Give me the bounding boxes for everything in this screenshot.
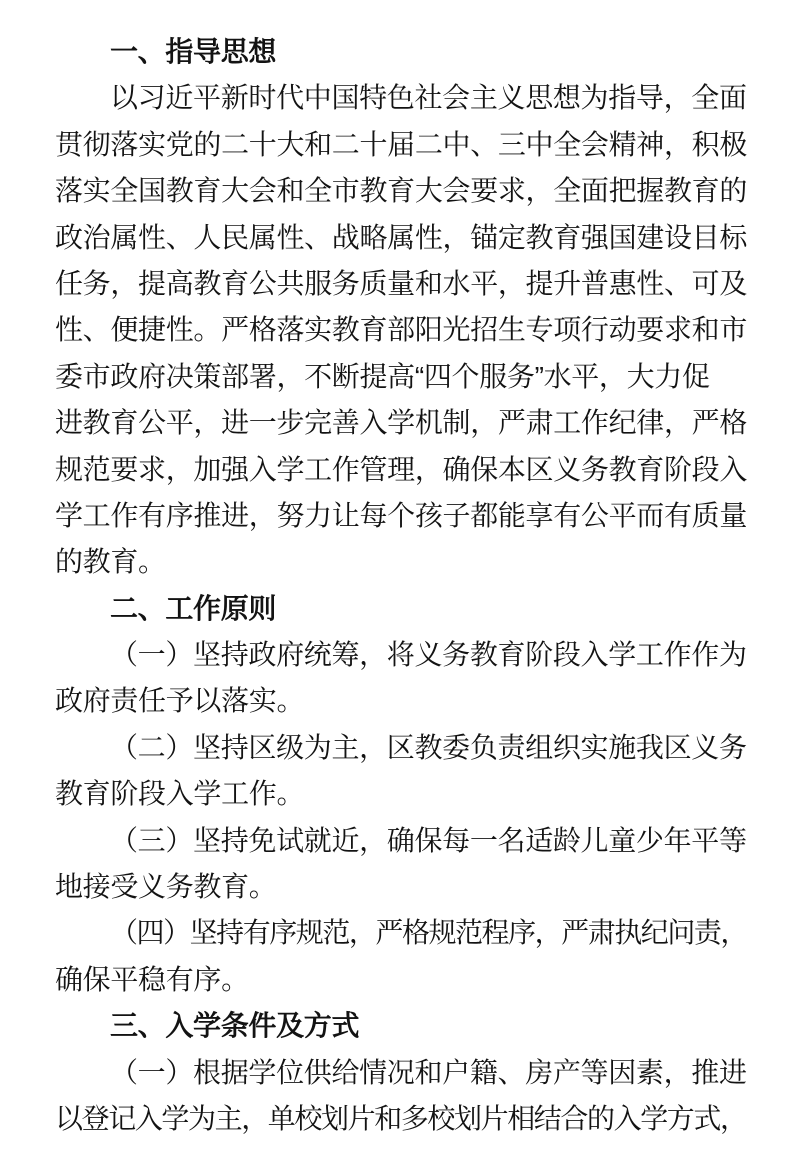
text-line: 以登记入学为主，单校划片和多校划片相结合的入学方式， [55,1096,800,1142]
section-heading-1: 一、指导思想 [55,29,800,75]
text-line: 进教育公平，进一步完善入学机制，严肃工作纪律，严格 [55,400,800,446]
text-line: （一）坚持政府统筹，将义务教育阶段入学工作作为 [55,632,800,678]
text-line: （三）坚持免试就近，确保每一名适龄儿童少年平等 [55,818,800,864]
text-line: 以习近平新时代中国特色社会主义思想为指导，全面 [55,75,800,121]
text-line: 确保平稳有序。 [55,957,800,1003]
text-line: （四）坚持有序规范，严格规范程序，严肃执纪问责， [55,910,800,956]
text-line: 贯彻落实党的二十大和二十届二中、三中全会精神，积极 [55,122,800,168]
text-line: 政治属性、人民属性、战略属性，锚定教育强国建设目标 [55,215,800,261]
text-line: 规范要求，加强入学工作管理，确保本区义务教育阶段入 [55,447,800,493]
text-line: （二）坚持区级为主，区教委负责组织实施我区义务 [55,725,800,771]
text-line: 政府责任予以落实。 [55,678,800,724]
text-line: 的教育。 [55,539,800,585]
text-line: 性、便捷性。严格落实教育部阳光招生专项行动要求和市 [55,307,800,353]
text-line: 教育阶段入学工作。 [55,771,800,817]
text-line: 委市政府决策部署，不断提高“四个服务”水平，大力促 [55,354,800,400]
text-line: 落实全国教育大会和全市教育大会要求，全面把握教育的 [55,168,800,214]
text-line: 任务，提高教育公共服务质量和水平，提升普惠性、可及 [55,261,800,307]
text-line: 地接受义务教育。 [55,864,800,910]
text-line: 学工作有序推进，努力让每个孩子都能享有公平而有质量 [55,493,800,539]
document-page: 一、指导思想 以习近平新时代中国特色社会主义思想为指导，全面 贯彻落实党的二十大… [0,0,800,1162]
document-body: 一、指导思想 以习近平新时代中国特色社会主义思想为指导，全面 贯彻落实党的二十大… [0,0,800,1142]
text-line: （一）根据学位供给情况和户籍、房产等因素，推进 [55,1050,800,1096]
section-heading-2: 二、工作原则 [55,586,800,632]
section-heading-3: 三、入学条件及方式 [55,1003,800,1049]
